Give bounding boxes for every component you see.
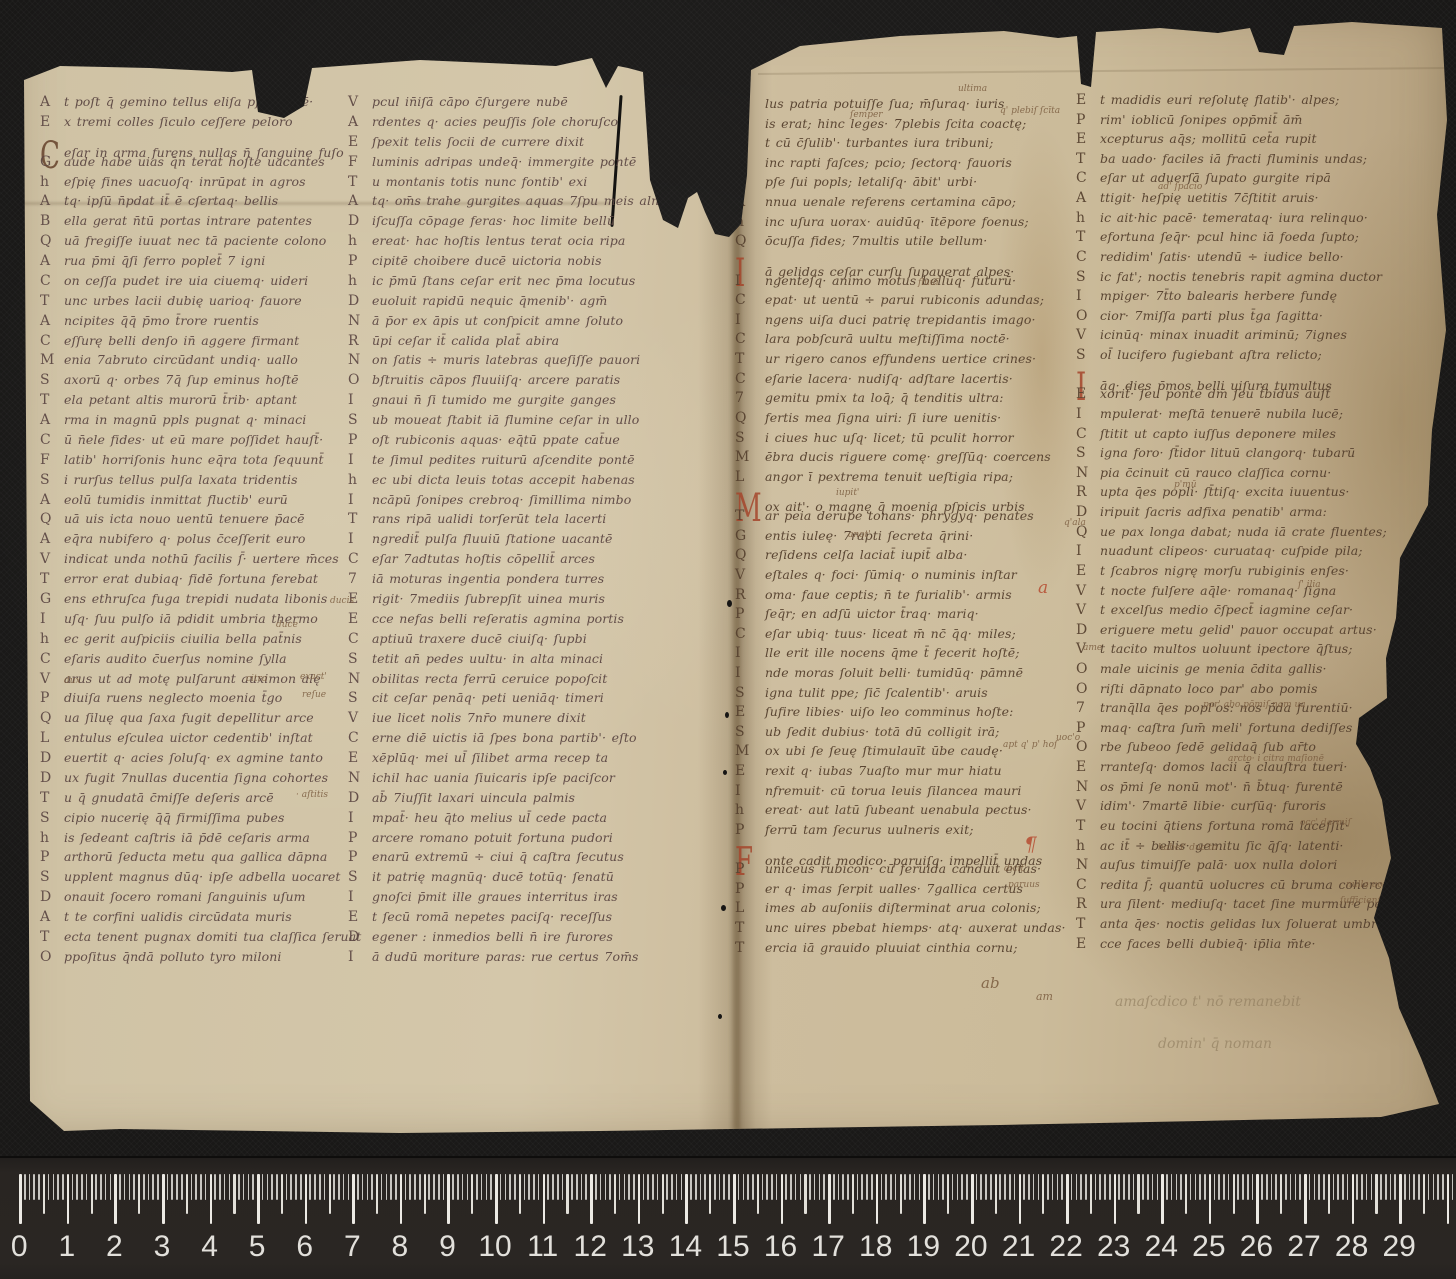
line-initial: V bbox=[1076, 602, 1100, 618]
line-text: onauit ſocero romani ſanguinis uſum bbox=[64, 889, 306, 904]
line-text: arus ut ad motę pulſarunt auximon alę bbox=[64, 671, 321, 686]
manuscript-line: Nos p̄mi ſe nonū mot'· n̄ b̄tuq· furentē bbox=[1076, 779, 1343, 799]
line-initial: T bbox=[348, 511, 372, 527]
ruler-tick bbox=[314, 1174, 316, 1200]
line-text: ens ethruſca fuga trepidi nudata libonis bbox=[64, 591, 327, 606]
line-initial: S bbox=[40, 810, 64, 826]
line-initial: P bbox=[40, 690, 64, 706]
ruler-tick bbox=[709, 1174, 711, 1214]
line-text: ū n̄ele fides· ut eū mare poſſidet hauſt… bbox=[64, 432, 323, 447]
line-initial: P bbox=[735, 861, 765, 877]
ruler-tick bbox=[248, 1174, 250, 1200]
ruler-tick bbox=[53, 1174, 55, 1200]
line-initial: N bbox=[348, 313, 372, 329]
ruler-tick bbox=[533, 1174, 535, 1200]
ruler-tick bbox=[152, 1174, 154, 1200]
line-text: rigit· 7mediis ſubrepſit uinea muris bbox=[372, 591, 605, 606]
line-initial: C bbox=[735, 292, 765, 308]
ruler-tick bbox=[600, 1174, 602, 1200]
line-text: aude habe uias q̄n terat hoſte uacantes bbox=[64, 154, 325, 169]
line-initial: A bbox=[40, 253, 64, 269]
ruler-tick bbox=[847, 1174, 849, 1200]
line-text: fertis mea ſigna uiri: ſi iure uenitis· bbox=[765, 410, 1001, 425]
line-text: epat· ut uentū ÷ parui rubiconis adundas… bbox=[765, 292, 1044, 307]
line-initial: D bbox=[348, 929, 372, 945]
line-text: ichil hac uania ſiuicaris ipſe paciſcor bbox=[372, 770, 615, 785]
ruler-tick bbox=[595, 1174, 597, 1200]
manuscript-line: Ancipites q̄q̄ p̄mo t̄rore ruentis bbox=[40, 313, 259, 333]
line-initial: h bbox=[348, 233, 372, 249]
ruler-tick bbox=[957, 1174, 959, 1200]
line-initial: P bbox=[348, 830, 372, 846]
manuscript-line: Exorit̄· ſeu ponte dm̄ ſeu t̄bidus auſt̄ bbox=[1076, 386, 1331, 406]
line-initial: E bbox=[735, 135, 765, 151]
line-initial: T bbox=[40, 929, 64, 945]
ruler-tick bbox=[148, 1174, 150, 1200]
line-text: ūpi ceſar it̄ calida plat̄ abira bbox=[372, 333, 559, 348]
marginal-gloss: ducis bbox=[330, 596, 354, 606]
ruler-tick bbox=[719, 1174, 721, 1200]
line-initial: V bbox=[735, 116, 765, 132]
marginal-gloss: par' abo pōmiſ nam ua bbox=[1203, 700, 1306, 710]
manuscript-line: Tercia iā grauido pluuiat cinthia cornu; bbox=[735, 940, 1018, 960]
ruler-tick bbox=[1375, 1174, 1377, 1214]
ruler-tick bbox=[1099, 1174, 1101, 1200]
ruler-tick bbox=[181, 1174, 183, 1200]
line-text: eſar ubiq· tuus· liceat m̄ nc̄ q̄q· mile… bbox=[765, 626, 1016, 641]
manuscript-line: Credidim' ſatis· utendū ÷ iudice bello· bbox=[1076, 249, 1344, 269]
manuscript-line: Eſufire libies· uiſo leo comminus hoſte: bbox=[735, 704, 1013, 724]
line-text: ſeq̄r; en adſū uictor t̄raq· mariq· bbox=[765, 606, 979, 621]
marginal-gloss: fluuī bbox=[918, 278, 938, 288]
line-text: unc urbes lacii dubię uarioq· fauore bbox=[64, 293, 302, 308]
line-initial: D bbox=[348, 213, 372, 229]
line-initial: Q bbox=[40, 511, 64, 527]
line-initial: O bbox=[40, 949, 64, 965]
line-text: eſaris audito c̄uerſus nomine ſylla bbox=[64, 651, 287, 666]
manuscript-line: At te corfini ualidis circūdata muris bbox=[40, 909, 292, 929]
ruler-tick bbox=[514, 1174, 516, 1200]
manuscript-line: his ſedeant caſtris iā p̄dē ceſaris arma bbox=[40, 830, 310, 850]
ruler-tick bbox=[752, 1174, 754, 1200]
line-text: oma· faue ceptis; n̄ te furialib'· armis bbox=[765, 587, 1012, 602]
manuscript-line: Annua uenale referens certamina cāpo; bbox=[735, 194, 1016, 214]
line-text: cce faces belli dubieq̄· ip̄lia m̄te· bbox=[1100, 936, 1316, 951]
line-text: t cū c̄ſulib'· turbantes iura tribuni; bbox=[765, 135, 993, 150]
manuscript-line: Mox ubi ſe ſeuę ſtimulauīt ūbe caudę· bbox=[735, 743, 1003, 763]
ruler-tick bbox=[871, 1174, 873, 1200]
line-text: ſpexit telis ſocii de currere dixit bbox=[372, 134, 584, 149]
manuscript-line: Inde moras ſoluit belli· tumidūq· pāmnē bbox=[735, 665, 1023, 685]
ruler-tick bbox=[952, 1174, 954, 1200]
line-initial: A bbox=[40, 412, 64, 428]
marginal-gloss: q' plebiſ ſcīta bbox=[1000, 106, 1060, 116]
manuscript-line: Vpcul in̄iſā cāpo c̄ſurgere nubē bbox=[348, 94, 568, 114]
ruler-tick bbox=[1071, 1174, 1073, 1200]
line-text: igna tulit ppe; ſic̄ ſcalentib'· aruis bbox=[765, 685, 988, 700]
ruler-tick bbox=[486, 1174, 488, 1200]
line-text: er q· imas ſerpit ualles· 7gallica certu… bbox=[765, 881, 1023, 896]
ruler-tick bbox=[443, 1174, 445, 1200]
ruler-tick bbox=[81, 1174, 83, 1200]
ruler-tick bbox=[505, 1174, 507, 1200]
marginal-gloss: q'ala bbox=[1064, 518, 1086, 528]
line-text: rans ripā ualidi torſerūt tela lacerti bbox=[372, 511, 606, 526]
manuscript-line: Tu q̄ gnudatā c̄miſſe deſeris arcē bbox=[40, 790, 274, 810]
ruler-tick bbox=[1380, 1174, 1382, 1200]
manuscript-line: Scipio nucerię q̄q̄ firmiſſima pubes bbox=[40, 810, 284, 830]
manuscript-line: Nobilitas recta ferrū ceruice popoſcit bbox=[348, 671, 607, 691]
manuscript-line: Ignaui n̄ ſi tumido me gurgite ganges bbox=[348, 392, 616, 412]
ruler-tick bbox=[1057, 1174, 1059, 1200]
ruler-tick bbox=[1247, 1174, 1249, 1200]
line-initial: B bbox=[40, 213, 64, 229]
ruler-tick bbox=[1033, 1174, 1035, 1200]
line-initial: S bbox=[348, 869, 372, 885]
ruler-tick bbox=[324, 1174, 326, 1200]
manuscript-line: Ceſar in arma furens nullas n̄ ſanguine … bbox=[40, 134, 344, 154]
ruler-tick bbox=[1261, 1174, 1263, 1200]
ruler-tick bbox=[557, 1174, 559, 1200]
ruler-tick bbox=[814, 1174, 816, 1200]
line-initial: R bbox=[1076, 484, 1100, 500]
ruler-tick bbox=[243, 1174, 245, 1200]
line-text: ue pax longa dabat; nuda iā crate fluent… bbox=[1100, 524, 1387, 539]
ruler-tick bbox=[628, 1174, 630, 1200]
ruler-tick bbox=[43, 1174, 45, 1214]
marginal-gloss: uoc'o bbox=[1056, 733, 1080, 743]
line-initial: P bbox=[348, 432, 372, 448]
line-initial: A bbox=[40, 193, 64, 209]
ruler-tick bbox=[1147, 1174, 1149, 1200]
manuscript-line: Atq· om̄s trahe gurgites aquas 7ſpu meis… bbox=[348, 193, 673, 213]
manuscript-line: Nā p̄or ex āpis ut conſpicit amne ſoluto bbox=[348, 313, 623, 333]
ruler-tick bbox=[1385, 1174, 1387, 1200]
line-initial: P bbox=[40, 849, 64, 865]
ruler-tick bbox=[966, 1174, 968, 1200]
ruler-tick bbox=[723, 1174, 725, 1200]
line-text: riſti dāpnato loco par' abo pomis bbox=[1100, 681, 1317, 696]
line-initial: F bbox=[348, 154, 372, 170]
manuscript-line: Cſtitit ut capto iuſſus deponere miles bbox=[1076, 426, 1336, 446]
line-text: iſcuſſa cōpage feras· hoc limite bellū bbox=[372, 213, 615, 228]
manuscript-line: Tur rigero canos effundens uertice crine… bbox=[735, 351, 1036, 371]
marginal-gloss: apt q' p' hoſ bbox=[1003, 740, 1057, 750]
ruler-tick bbox=[500, 1174, 502, 1200]
line-initial: S bbox=[735, 724, 765, 740]
line-initial: h bbox=[735, 802, 765, 818]
line-text: tq· ipſū n̄pdat it̄ ē cſertaq· bellis bbox=[64, 193, 278, 208]
ruler-tick bbox=[124, 1174, 126, 1200]
manuscript-line: Prim' ioblicū ſonipes opp̄mit̄ ām̄ bbox=[1076, 112, 1302, 132]
ruler-tick bbox=[338, 1174, 340, 1200]
ruler-tick bbox=[219, 1174, 221, 1200]
ruler-tick bbox=[666, 1174, 668, 1200]
manuscript-line: Pcipitē choibere ducē uictoria nobis bbox=[348, 253, 602, 273]
ruler-tick bbox=[838, 1174, 840, 1200]
line-text: angor ī pextrema tenuit ueſtigia ripa; bbox=[765, 469, 1013, 484]
ruler-tick bbox=[271, 1174, 273, 1200]
ruler-tick bbox=[333, 1174, 335, 1200]
ruler-tick bbox=[133, 1174, 135, 1200]
line-initial: T bbox=[348, 174, 372, 190]
line-initial: O bbox=[348, 372, 372, 388]
manuscript-line: Supplent magnus dūq· ipſe adbella uocare… bbox=[40, 869, 341, 889]
ruler-tick bbox=[1366, 1174, 1368, 1200]
ruler-tick bbox=[1295, 1174, 1297, 1200]
ruler-tick bbox=[1166, 1174, 1168, 1200]
ruler-tick bbox=[229, 1174, 231, 1200]
ruler-tick bbox=[747, 1174, 749, 1200]
line-initial: I bbox=[348, 531, 372, 547]
marginal-gloss: ame bbox=[1083, 643, 1102, 653]
ruler-tick bbox=[186, 1174, 188, 1214]
ruler-tick bbox=[286, 1174, 288, 1200]
line-text: gemitu pmix ta loq̄; q̄ tenditis ultra: bbox=[765, 390, 1004, 405]
line-text: bſtruitis cāpos fluuiiſq· arcere paratis bbox=[372, 372, 620, 387]
ruler-tick bbox=[495, 1174, 498, 1224]
ruler-tick bbox=[119, 1174, 121, 1200]
manuscript-line: Vidim'· 7martē libie· curſūq· furoris bbox=[1076, 798, 1326, 818]
line-text: on ceſſa pudet ire uia ciuemq· uideri bbox=[64, 273, 308, 288]
line-initial: I bbox=[735, 645, 765, 661]
ruler-tick bbox=[1042, 1174, 1044, 1214]
manuscript-line: Terror erat dubiaq· fidē fortuna ferebat bbox=[40, 571, 318, 591]
line-text: nfremuit· cū torua leuis ſilancea mauri bbox=[765, 783, 1021, 798]
ruler-tick bbox=[585, 1174, 587, 1200]
manuscript-line: Iā dudū moriture paras: rue certus 7om̄s bbox=[348, 949, 639, 969]
ruler-tick bbox=[704, 1174, 706, 1200]
line-initial: P bbox=[735, 881, 765, 897]
manuscript-line: Mox ait'· o magnę q̄ moenia pſpicis urbi… bbox=[735, 488, 1025, 508]
ruler-tick bbox=[976, 1174, 978, 1200]
manuscript-line: Degener : inmedios belli n̄ ire furores bbox=[348, 929, 613, 949]
line-initial: P bbox=[735, 606, 765, 622]
ruler-tick bbox=[1123, 1174, 1125, 1200]
manuscript-line: Attigit· heſpię uetitis 7c̄ſtitit aruis· bbox=[1076, 190, 1319, 210]
line-text: upplent magnus dūq· ipſe adbella uocaret bbox=[64, 869, 341, 884]
ruler-tick bbox=[276, 1174, 278, 1200]
ruler-tick bbox=[224, 1174, 226, 1200]
ruler-tick bbox=[129, 1174, 131, 1200]
manuscript-line: Pdiuiſa ruens neglecto moenia t̄go bbox=[40, 690, 282, 710]
manuscript-line: Scit ceſar penāq· peti ueniāq· timeri bbox=[348, 690, 604, 710]
manuscript-line: Pſeq̄r; en adſū uictor t̄raq· mariq· bbox=[735, 606, 979, 626]
manuscript-line: Ingredit̄ pulſa fluuiū ſtatione uacantē bbox=[348, 531, 612, 551]
ruler-tick bbox=[371, 1174, 373, 1200]
marginal-gloss: ſ' ilia bbox=[1298, 580, 1321, 590]
manuscript-line: Qreſidens celſa laciat̄ iupit̄ alba· bbox=[735, 547, 967, 567]
ruler-tick bbox=[467, 1174, 469, 1200]
line-text: ttigit· heſpię uetitis 7c̄ſtitit aruis· bbox=[1100, 190, 1319, 205]
ruler-tick bbox=[1442, 1174, 1444, 1200]
line-text: mpat̄· heu q̄to melius ul̄ cede pacta bbox=[372, 810, 607, 825]
line-initial: O bbox=[1076, 661, 1100, 677]
ruler-tick bbox=[590, 1174, 593, 1224]
line-text: ſtitit ut capto iuſſus deponere miles bbox=[1100, 426, 1336, 441]
ruler-tick bbox=[1299, 1174, 1301, 1200]
line-initial: G bbox=[40, 591, 64, 607]
line-initial: h bbox=[348, 472, 372, 488]
line-text: ub moueat ſtabit iā flumine ceſar in ull… bbox=[372, 412, 639, 427]
marginal-gloss: amaſcdico t' nō remanebit bbox=[1115, 994, 1301, 1010]
line-text: obilitas recta ferrū ceruice popoſcit bbox=[372, 671, 607, 686]
line-text: ercia iā grauido pluuiat cinthia cornu; bbox=[765, 940, 1018, 955]
marginal-gloss: anot' bbox=[848, 530, 871, 540]
manuscript-line: Tar peia derupe tonans· phrygyq· penates bbox=[735, 508, 1034, 528]
ruler-tick bbox=[562, 1174, 564, 1200]
ruler-tick bbox=[1285, 1174, 1287, 1200]
ruler-tick bbox=[928, 1174, 930, 1200]
ruler-tick bbox=[257, 1174, 260, 1224]
manuscript-line: Vt tacito multos uoluunt ipectore q̄ſtus… bbox=[1076, 641, 1353, 661]
manuscript-line: Viue licet nolis 7nr̄o munere dixit bbox=[348, 710, 586, 730]
manuscript-line: Excepturus aq̄s; mollitū cet̄a rupit bbox=[1076, 131, 1317, 151]
line-text: enarū extremū ÷ ciui q̄ caſtra ſecutus bbox=[372, 849, 624, 864]
line-initial: V bbox=[40, 671, 64, 687]
line-text: cce nefas belli reſeratis agmina portis bbox=[372, 611, 624, 626]
manuscript-line: Tela petant altis murorū t̄rib· aptant bbox=[40, 392, 297, 412]
manuscript-line: Sit patrię magnūq· ducē totūq· ſenatū bbox=[348, 869, 614, 889]
manuscript-line: Ceſar ut aduerſā ſupato gurgite ripā bbox=[1076, 170, 1331, 190]
parchment-hole bbox=[721, 905, 726, 911]
line-initial: I bbox=[348, 810, 372, 826]
manuscript-line: Ceſar 7adtutas hoſtis cōpellit̄ arces bbox=[348, 551, 595, 571]
line-text: pcul in̄iſā cāpo c̄ſurgere nubē bbox=[372, 94, 568, 109]
manuscript-line: Trans ripā ualidi torſerūt tela lacerti bbox=[348, 511, 606, 531]
ruler-tick bbox=[267, 1174, 269, 1200]
line-text: lara pobſcurā uultu meſtiſſima noctē· bbox=[765, 331, 1010, 346]
manuscript-line: Tba uado· faciles iā fracti fluminis und… bbox=[1076, 151, 1367, 171]
manuscript-line: Gaude habe uias q̄n terat hoſte uacantes bbox=[40, 154, 325, 174]
ruler-tick bbox=[757, 1174, 759, 1214]
manuscript-line: Impiger· 7t̄to balearis herbere fundę bbox=[1076, 288, 1337, 308]
manuscript-line: Oppoſitus q̄ndā polluto tyro miloni bbox=[40, 949, 281, 969]
line-text: aptiuū traxere ducē ciuiſq· ſupbi bbox=[372, 631, 587, 646]
ruler-tick bbox=[790, 1174, 792, 1200]
ruler-tick bbox=[819, 1174, 821, 1200]
line-text: idim'· 7martē libie· curſūq· furoris bbox=[1100, 798, 1326, 813]
ruler-tick bbox=[76, 1174, 78, 1200]
manuscript-line: At poſt q̄ gemino tellus eliſa pfundo· ē… bbox=[40, 94, 313, 114]
line-text: erne diē uictis iā ſpes bona partib'· eſ… bbox=[372, 730, 637, 745]
ruler-tick bbox=[538, 1174, 540, 1200]
manuscript-line: Tefortuna ſeq̄r· pcul hinc iā foeda ſupt… bbox=[1076, 229, 1359, 249]
ruler-tick bbox=[1356, 1174, 1358, 1200]
ruler-tick bbox=[1399, 1174, 1402, 1224]
ruler-tick bbox=[1409, 1174, 1411, 1200]
line-text: ela petant altis murorū t̄rib· aptant bbox=[64, 392, 297, 407]
ruler-tick bbox=[652, 1174, 654, 1200]
line-initial: M bbox=[735, 743, 765, 759]
ruler-tick bbox=[571, 1174, 573, 1200]
ruler-tick bbox=[91, 1174, 93, 1214]
ruler-tick bbox=[995, 1174, 997, 1214]
ruler-tick bbox=[195, 1174, 197, 1200]
manuscript-line: Sic fat'; noctis tenebris rapit agmina d… bbox=[1076, 269, 1382, 289]
manuscript-line: Impat̄· heu q̄to melius ul̄ cede pacta bbox=[348, 810, 607, 830]
ruler-tick bbox=[57, 1174, 59, 1200]
manuscript-line: Diſcuſſa cōpage feras· hoc limite bellū bbox=[348, 213, 615, 233]
manuscript-line: Sub ſedit dubius· totā dū colligit irā; bbox=[735, 724, 1000, 744]
line-text: eſar ut aduerſā ſupato gurgite ripā bbox=[1100, 170, 1331, 185]
line-text: mpulerat· meſtā tenuerē nubila lucē; bbox=[1100, 406, 1343, 421]
manuscript-line: Ceſar ubiq· tuus· liceat m̄ nc̄ q̄q· mil… bbox=[735, 626, 1016, 646]
ruler-tick bbox=[143, 1174, 145, 1200]
ruler-tick bbox=[885, 1174, 887, 1200]
ruler-tick bbox=[1314, 1174, 1316, 1200]
manuscript-line: Sol̄ lucifero fugiebant aſtra relicto; bbox=[1076, 347, 1322, 367]
line-text: te ſimul pedites ruiturū aſcendite pontē bbox=[372, 452, 635, 467]
ruler-tick bbox=[171, 1174, 173, 1200]
marginal-gloss: citra bbox=[246, 674, 267, 684]
ruler-tick bbox=[86, 1174, 88, 1200]
ruler-tick bbox=[1352, 1174, 1355, 1224]
manuscript-line: heſpię fines uacuoſq· inrūpat in agros bbox=[40, 174, 306, 194]
line-text: ic ait·hic pacē· temerataq· iura relinqu… bbox=[1100, 210, 1368, 225]
ruler-tick bbox=[67, 1174, 70, 1224]
line-initial: L bbox=[40, 730, 64, 746]
manuscript-line: Per q· imas ſerpit ualles· 7gallica cert… bbox=[735, 881, 1023, 901]
line-initial: D bbox=[1076, 622, 1100, 638]
ruler-tick bbox=[1280, 1174, 1282, 1214]
line-text: cit ceſar penāq· peti ueniāq· timeri bbox=[372, 690, 604, 705]
manuscript-line: Signa tulit ppe; ſic̄ ſcalentib'· aruis bbox=[735, 685, 988, 705]
line-text: eſar 7adtutas hoſtis cōpellit̄ arces bbox=[372, 551, 595, 566]
ruler-tick bbox=[210, 1174, 213, 1224]
ruler-tick bbox=[1080, 1174, 1082, 1200]
line-text: eq̄ra nubifero q· polus c̄ceſſerit euro bbox=[64, 531, 305, 546]
manuscript-line: Rūpi ceſar it̄ calida plat̄ abira bbox=[348, 333, 559, 353]
ruler-tick bbox=[162, 1174, 165, 1224]
line-text: rua p̄mi q̄ſi ferro poplet̄ 7 igni bbox=[64, 253, 265, 268]
line-text: x tremi colles ſiculo ceſſere peloro bbox=[64, 114, 293, 129]
line-initial: h bbox=[40, 631, 64, 647]
line-initial: I bbox=[735, 783, 765, 799]
line-text: luminis adripas undeq̄· immergite pontē bbox=[372, 154, 636, 169]
line-text: mpiger· 7t̄to balearis herbere fundę bbox=[1100, 288, 1337, 303]
manuscript-line: Diripuit ſacris adfixa penatib' arma: bbox=[1076, 504, 1327, 524]
manuscript-line: Iāq· dies p̄mos belli uiſura tumultus bbox=[1076, 367, 1332, 387]
manuscript-line: Signa foro· ſt̄idor lituū clangorq· tuba… bbox=[1076, 445, 1355, 465]
rubric-mark: ¶ bbox=[1024, 832, 1037, 856]
line-initial: A bbox=[348, 193, 372, 209]
ruler-tick bbox=[62, 1174, 64, 1200]
line-text: tetit an̄ pedes uultu· in alta minaci bbox=[372, 651, 603, 666]
line-text: iue licet nolis 7nr̄o munere dixit bbox=[372, 710, 586, 725]
line-initial: P bbox=[348, 253, 372, 269]
ruler-tick bbox=[414, 1174, 416, 1200]
manuscript-line: Vindicat unda nothū facilis ſ̄· uertere … bbox=[40, 551, 339, 571]
ruler-tick bbox=[543, 1174, 546, 1224]
line-initial: S bbox=[1076, 347, 1100, 363]
line-initial: G bbox=[735, 528, 765, 544]
line-initial: Q bbox=[735, 410, 765, 426]
manuscript-line: Sub moueat ſtabit iā flumine ceſar in ul… bbox=[348, 412, 639, 432]
line-initial: Q bbox=[40, 710, 64, 726]
ruler-tick bbox=[233, 1174, 235, 1214]
line-initial: V bbox=[1076, 798, 1100, 814]
ruler-tick bbox=[1038, 1174, 1040, 1200]
ruler-tick bbox=[1275, 1174, 1277, 1200]
line-initial: A bbox=[348, 114, 372, 130]
ruler-tick bbox=[1009, 1174, 1011, 1200]
parchment-hole bbox=[725, 712, 729, 718]
ruler-tick bbox=[657, 1174, 659, 1200]
line-initial: I bbox=[348, 889, 372, 905]
ruler-tick bbox=[728, 1174, 730, 1200]
line-initial: h bbox=[40, 830, 64, 846]
